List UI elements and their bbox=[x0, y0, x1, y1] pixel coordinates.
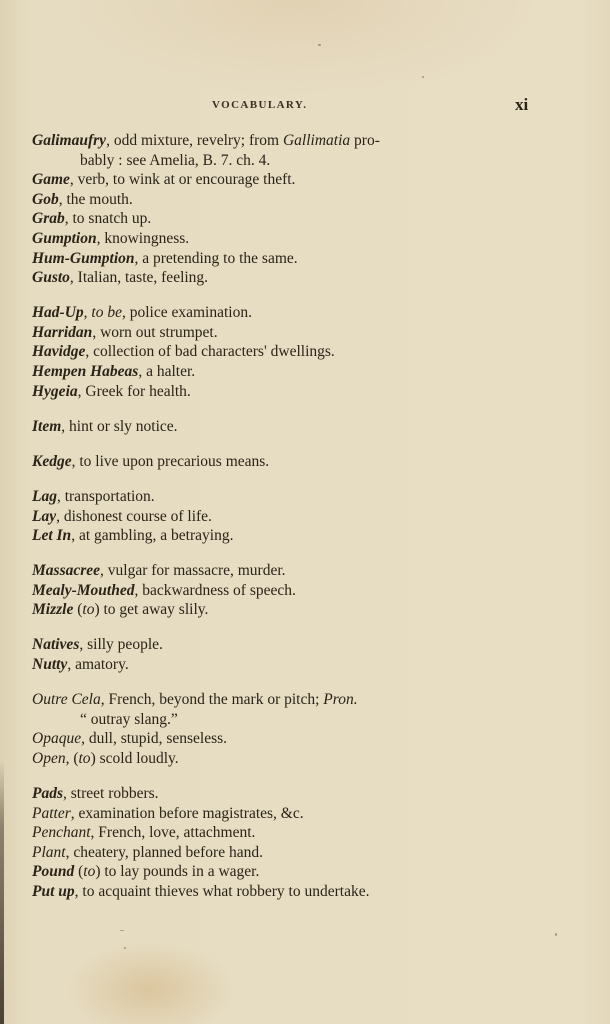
entry-term: Penchant bbox=[32, 824, 91, 841]
entry-definition: , hint or sly notice. bbox=[61, 418, 177, 435]
entry-outre-cela: Outre Cela, French, beyond the mark or p… bbox=[32, 690, 524, 710]
entry-definition-italic: to bbox=[79, 750, 91, 767]
entry-penchant: Penchant, French, love, attachment. bbox=[32, 823, 532, 843]
spine-shadow bbox=[0, 760, 4, 1024]
entry-term: Hempen Habeas bbox=[32, 363, 138, 380]
entry-definition: , French, love, attachment. bbox=[91, 824, 256, 841]
paper-speck bbox=[120, 930, 124, 931]
entry-definition: , transportation. bbox=[57, 488, 155, 505]
entry-term: Lay bbox=[32, 508, 56, 525]
entry-term: Harridan bbox=[32, 324, 92, 341]
entry-opaque: Opaque, dull, stupid, senseless. bbox=[32, 729, 532, 749]
entry-had-up: Had-Up, to be, police examination. bbox=[32, 303, 532, 323]
page-number: xi bbox=[515, 95, 528, 115]
paper-speck bbox=[555, 933, 557, 936]
entry-definition-italic: to bbox=[82, 601, 94, 618]
vocabulary-entries: Galimaufry, odd mixture, revelry; from G… bbox=[32, 131, 532, 902]
entry-plant: Plant, cheatery, planned before hand. bbox=[32, 843, 532, 863]
entry-term: Massacree bbox=[32, 562, 100, 579]
entry-term: Galimaufry bbox=[32, 132, 106, 149]
entry-definition: , the mouth. bbox=[59, 191, 133, 208]
entry-item: Item, hint or sly notice. bbox=[32, 417, 532, 437]
entry-term: Patter bbox=[32, 805, 71, 822]
entry-term: Open bbox=[32, 750, 66, 767]
entry-pound: Pound (to) to lay pounds in a wager. bbox=[32, 862, 532, 882]
entry-definition: , silly people. bbox=[79, 636, 163, 653]
entry-hempen-habeas: Hempen Habeas, a halter. bbox=[32, 362, 532, 382]
entry-term: Plant bbox=[32, 844, 66, 861]
entry-term: Grab bbox=[32, 210, 65, 227]
entry-definition-italic: to be bbox=[91, 304, 122, 321]
entry-term: Item bbox=[32, 418, 61, 435]
entry-definition: , knowingness. bbox=[97, 230, 190, 247]
entry-open: Open, (to) scold loudly. bbox=[32, 749, 532, 769]
entry-definition: , French, beyond the mark or pitch; bbox=[101, 691, 324, 708]
entry-term: Put up bbox=[32, 883, 75, 900]
entry-definition-italic: Gallimatia bbox=[283, 132, 350, 149]
entry-term: Kedge bbox=[32, 453, 72, 470]
entry-patter: Patter, examination before magistrates, … bbox=[32, 804, 532, 824]
entry-definition: , to acquaint thieves what robbery to un… bbox=[75, 883, 370, 900]
entry-term: Opaque bbox=[32, 730, 81, 747]
running-head: VOCABULARY. bbox=[212, 99, 307, 111]
entry-term: Nutty bbox=[32, 656, 67, 673]
entry-game: Game, verb, to wink at or encourage thef… bbox=[32, 170, 532, 190]
entry-mealy-mouthed: Mealy-Mouthed, backwardness of speech. bbox=[32, 581, 532, 601]
entry-definition-italic: Pron. bbox=[323, 691, 357, 708]
entry-harridan: Harridan, worn out strumpet. bbox=[32, 323, 532, 343]
entry-term: Hygeia bbox=[32, 383, 78, 400]
entry-lay: Lay, dishonest course of life. bbox=[32, 507, 532, 527]
entry-galimaufry: Galimaufry, odd mixture, revelry; from G… bbox=[32, 131, 524, 151]
entry-kedge: Kedge, to live upon precarious means. bbox=[32, 452, 532, 472]
entry-galimaufry-continuation: bably : see Amelia, B. 7. ch. 4. bbox=[32, 151, 532, 171]
entry-term: Gumption bbox=[32, 230, 97, 247]
section-gap bbox=[32, 769, 532, 785]
entry-hygeia: Hygeia, Greek for health. bbox=[32, 382, 532, 402]
entry-term: Gob bbox=[32, 191, 59, 208]
section-gap bbox=[32, 288, 532, 304]
entry-definition: , backwardness of speech. bbox=[134, 582, 295, 599]
entry-term: Game bbox=[32, 171, 70, 188]
entry-term: Pads bbox=[32, 785, 63, 802]
entry-gumption: Gumption, knowingness. bbox=[32, 229, 532, 249]
entry-definition: , a halter. bbox=[138, 363, 195, 380]
entry-definition: , examination before magistrates, &c. bbox=[71, 805, 304, 822]
entry-definition: , Italian, taste, feeling. bbox=[70, 269, 208, 286]
entry-definition: , worn out strumpet. bbox=[92, 324, 217, 341]
entry-term: Had-Up bbox=[32, 304, 84, 321]
entry-paren: ( bbox=[74, 863, 83, 880]
entry-definition: , verb, to wink at or encourage theft. bbox=[70, 171, 296, 188]
entry-paren: , ( bbox=[66, 750, 79, 767]
entry-natives: Natives, silly people. bbox=[32, 635, 532, 655]
entry-let-in: Let In, at gambling, a betraying. bbox=[32, 526, 532, 546]
section-gap bbox=[32, 675, 532, 691]
entry-term: Outre Cela bbox=[32, 691, 101, 708]
entry-lag: Lag, transportation. bbox=[32, 487, 532, 507]
entry-definition: ) to get away slily. bbox=[94, 601, 208, 618]
entry-grab: Grab, to snatch up. bbox=[32, 209, 532, 229]
entry-massacree: Massacree, vulgar for massacre, murder. bbox=[32, 561, 532, 581]
entry-pads: Pads, street robbers. bbox=[32, 784, 532, 804]
entry-term: Lag bbox=[32, 488, 57, 505]
section-gap bbox=[32, 436, 532, 452]
section-gap bbox=[32, 620, 532, 636]
entry-definition: , dull, stupid, senseless. bbox=[81, 730, 227, 747]
section-gap bbox=[32, 546, 532, 562]
entry-definition: , to snatch up. bbox=[65, 210, 152, 227]
section-gap bbox=[32, 401, 532, 417]
entry-definition: , a pretending to the same. bbox=[135, 250, 298, 267]
entry-term: Havidge bbox=[32, 343, 85, 360]
paper-speck bbox=[318, 44, 321, 46]
entry-term: Mizzle bbox=[32, 601, 73, 618]
entry-definition: , at gambling, a betraying. bbox=[71, 527, 233, 544]
entry-definition: , dishonest course of life. bbox=[56, 508, 212, 525]
entry-term: Natives bbox=[32, 636, 79, 653]
section-gap bbox=[32, 471, 532, 487]
entry-definition: , police examination. bbox=[122, 304, 252, 321]
paper-speck bbox=[422, 76, 424, 78]
entry-definition: , cheatery, planned before hand. bbox=[66, 844, 263, 861]
entry-outre-cela-continuation: “ outray slang.” bbox=[32, 710, 532, 730]
entry-mizzle: Mizzle (to) to get away slily. bbox=[32, 600, 532, 620]
entry-definition: , collection of bad characters' dwelling… bbox=[85, 343, 334, 360]
entry-definition: pro- bbox=[350, 132, 380, 149]
entry-term: Hum-Gumption bbox=[32, 250, 135, 267]
entry-term: Let In bbox=[32, 527, 71, 544]
entry-definition: , street robbers. bbox=[63, 785, 159, 802]
entry-term: Pound bbox=[32, 863, 74, 880]
entry-havidge: Havidge, collection of bad characters' d… bbox=[32, 342, 532, 362]
entry-nutty: Nutty, amatory. bbox=[32, 655, 532, 675]
entry-term: Gusto bbox=[32, 269, 70, 286]
entry-definition: , to live upon precarious means. bbox=[72, 453, 270, 470]
entry-put-up: Put up, to acquaint thieves what robbery… bbox=[32, 882, 532, 902]
entry-definition: , odd mixture, revelry; from bbox=[106, 132, 283, 149]
entry-term: Mealy-Mouthed bbox=[32, 582, 134, 599]
entry-gusto: Gusto, Italian, taste, feeling. bbox=[32, 268, 532, 288]
book-page: VOCABULARY. xi Galimaufry, odd mixture, … bbox=[0, 0, 610, 1024]
entry-definition: ) scold loudly. bbox=[91, 750, 179, 767]
paper-speck bbox=[124, 947, 126, 949]
entry-definition: , vulgar for massacre, murder. bbox=[100, 562, 286, 579]
entry-definition-italic: to bbox=[83, 863, 95, 880]
entry-definition: , amatory. bbox=[67, 656, 128, 673]
entry-hum-gumption: Hum-Gumption, a pretending to the same. bbox=[32, 249, 532, 269]
entry-definition: ) to lay pounds in a wager. bbox=[95, 863, 259, 880]
entry-definition: , Greek for health. bbox=[78, 383, 191, 400]
entry-gob: Gob, the mouth. bbox=[32, 190, 532, 210]
